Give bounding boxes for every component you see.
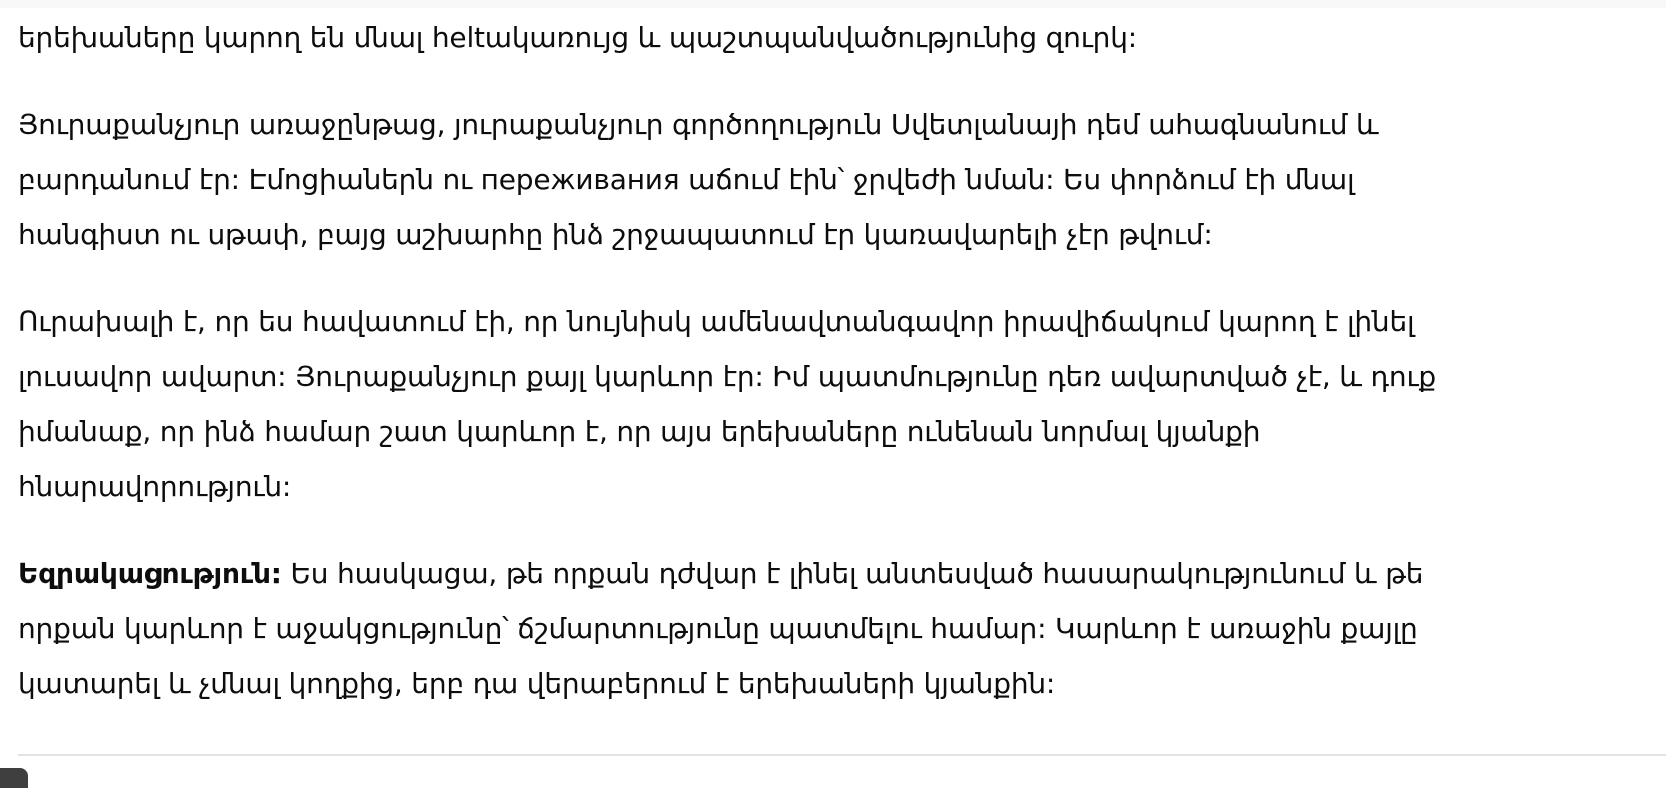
section-divider [18,754,1666,756]
dark-corner-fragment [0,768,28,788]
paragraph: Յուրաքանչյուր առաջընթաց, յուրաքանչյուր գ… [18,97,1470,262]
document-page: երեխաները կարող են մնալ heltակառույց և պ… [0,0,1666,788]
paragraph: Ուրախալի է, որ ես հավատում էի, որ նույնի… [18,294,1470,514]
conclusion-lead-label: Եզրակացություն: [18,557,282,590]
text-content: երեխաները կարող են մնալ heltակառույց և պ… [18,10,1470,743]
paragraph-conclusion: Եզրակացություն: Ես հասկացա, թե որքան դժվ… [18,546,1470,711]
paragraph: երեխաները կարող են մնալ heltակառույց և պ… [18,10,1470,65]
top-edge-band [0,0,1666,8]
